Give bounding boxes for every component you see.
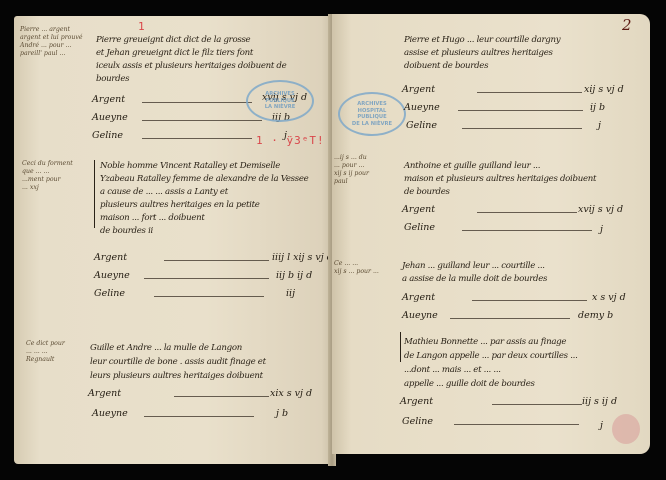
entry-text-line: bourdes (96, 73, 129, 86)
leader-rule (477, 212, 577, 213)
leader-rule (154, 296, 264, 297)
line-label: Aueyne (404, 102, 440, 113)
line-label: Geline (94, 288, 125, 299)
leader-rule (462, 230, 592, 231)
line-label: Argent (94, 252, 127, 263)
line-amount: x s vj d (592, 292, 626, 303)
entry-text-line: a assise de la mulle doit de bourdes (402, 273, 547, 286)
leader-rule (142, 138, 252, 139)
folio-number: 2 (622, 16, 632, 34)
entry-text-line: Mathieu Bonnette ... par assis au finage (404, 336, 566, 349)
line-amount: j (600, 224, 603, 235)
line-label: Geline (404, 222, 435, 233)
entry-text-line: de Langon appelle ... par deux courtille… (404, 350, 578, 363)
leader-rule (472, 300, 587, 301)
line-amount: j (598, 120, 601, 131)
line-amount: j (600, 420, 603, 431)
manuscript-spread: Pierre ... argent argent et lui prouvé A… (0, 0, 666, 480)
leader-rule (144, 416, 254, 417)
entry-text-line: Anthoine et guille guilland leur ... (404, 160, 540, 173)
entry-text-line: a cause de ... ... assis a Lanty et (100, 186, 228, 199)
entry-bracket (94, 160, 95, 228)
line-amount: xix s vj d (270, 388, 312, 399)
leader-rule (142, 120, 262, 121)
archive-stamp: ARCHIVES PUBLIQUE LA NIÈVRE (246, 80, 314, 122)
entry-text-line: maison ... fort ... doibuent (100, 212, 205, 225)
entry-text-line: iceulx assis et plusieurs heritaiges doi… (96, 60, 286, 73)
entry-text-line: de bourdes ii (100, 225, 153, 238)
line-amount: iiij l xij s vj d (272, 252, 333, 263)
entry-text-line: plusieurs aultres heritaiges en la petit… (100, 199, 260, 212)
line-label: Argent (402, 292, 435, 303)
margin-note: Ce ... ... xij s ... pour ... (334, 260, 379, 276)
leader-rule (462, 128, 582, 129)
margin-note: ...ij s ... du ... pour ... xij s ij pou… (334, 154, 369, 186)
leader-rule (174, 396, 269, 397)
line-label: Geline (402, 416, 433, 427)
line-label: Aueyne (402, 310, 438, 321)
entry-text-line: maison et plusieurs aultres heritaiges d… (404, 173, 596, 186)
leader-rule (492, 404, 582, 405)
entry-text-line: Jehan ... guilland leur ... courtille ..… (402, 260, 545, 273)
red-stain (612, 414, 640, 444)
margin-note: Pierre ... argent argent et lui prouvé A… (20, 26, 83, 58)
leader-rule (142, 102, 252, 103)
entry-text-line: Noble homme Vincent Ratalley et Demisell… (100, 160, 280, 173)
stamp-text: DE LA NIÈVRE (340, 121, 404, 128)
line-amount: xij s vj d (584, 84, 624, 95)
line-amount: j b (276, 408, 288, 419)
line-label: Argent (402, 204, 435, 215)
entry-text-line: assise et plusieurs aultres heritaiges (404, 47, 553, 60)
line-label: Argent (88, 388, 121, 399)
entry-text-line: Pierre greueignt dict dict de la grosse (96, 34, 250, 47)
entry-text-line: Pierre et Hugo ... leur courtille dargny (404, 34, 560, 47)
entry-text-line: Guille et Andre ... la mulle de Langon (90, 342, 242, 355)
line-label: Argent (400, 396, 433, 407)
entry-text-line: ...dont ... mais ... et ... ... (404, 364, 501, 377)
entry-bracket (400, 332, 401, 362)
leader-rule (450, 318, 570, 319)
line-label: Aueyne (92, 112, 128, 123)
red-mark: 1 · ÿ3ᵉT! (256, 134, 325, 147)
margin-note: Ce dict pour ... ... ... Regnault (26, 340, 65, 364)
entry-text-line: leur courtille de bone . assis audit fin… (90, 356, 266, 369)
entry-text-line: Yzabeau Ratalley femme de alexandre de l… (100, 173, 308, 186)
line-amount: ij b (590, 102, 605, 113)
right-page: 2 ARCHIVES HOSPITAL PUBLIQUE DE LA NIÈVR… (332, 14, 650, 454)
line-amount: xvij s vj d (578, 204, 623, 215)
line-label: Argent (402, 84, 435, 95)
red-mark: 1 (138, 20, 146, 33)
leader-rule (144, 278, 269, 279)
line-amount: demy b (578, 310, 613, 321)
leader-rule (164, 260, 269, 261)
line-label: Geline (406, 120, 437, 131)
line-label: Geline (92, 130, 123, 141)
line-amount: iij b ij d (276, 270, 312, 281)
entry-text-line: et Jehan greueignt dict le filz tiers fo… (96, 47, 253, 60)
line-amount: iij (286, 288, 295, 299)
stamp-text: LA NIÈVRE (248, 104, 312, 111)
entry-text-line: appelle ... guille doit de bourdes (404, 378, 535, 391)
line-label: Aueyne (94, 270, 130, 281)
leader-rule (477, 92, 582, 93)
entry-text-line: doibuent de bourdes (404, 60, 488, 73)
line-label: Aueyne (92, 408, 128, 419)
entry-text-line: de bourdes (404, 186, 450, 199)
left-page: Pierre ... argent argent et lui prouvé A… (14, 16, 334, 464)
entry-text-line: leurs plusieurs aultres heritaiges doibu… (90, 370, 263, 383)
leader-rule (458, 110, 583, 111)
line-label: Argent (92, 94, 125, 105)
archive-stamp: ARCHIVES HOSPITAL PUBLIQUE DE LA NIÈVRE (338, 92, 406, 136)
margin-note: Ceci du forment que ... ... ...ment pour… (22, 160, 73, 192)
leader-rule (454, 424, 579, 425)
line-amount: iij s ij d (582, 396, 617, 407)
